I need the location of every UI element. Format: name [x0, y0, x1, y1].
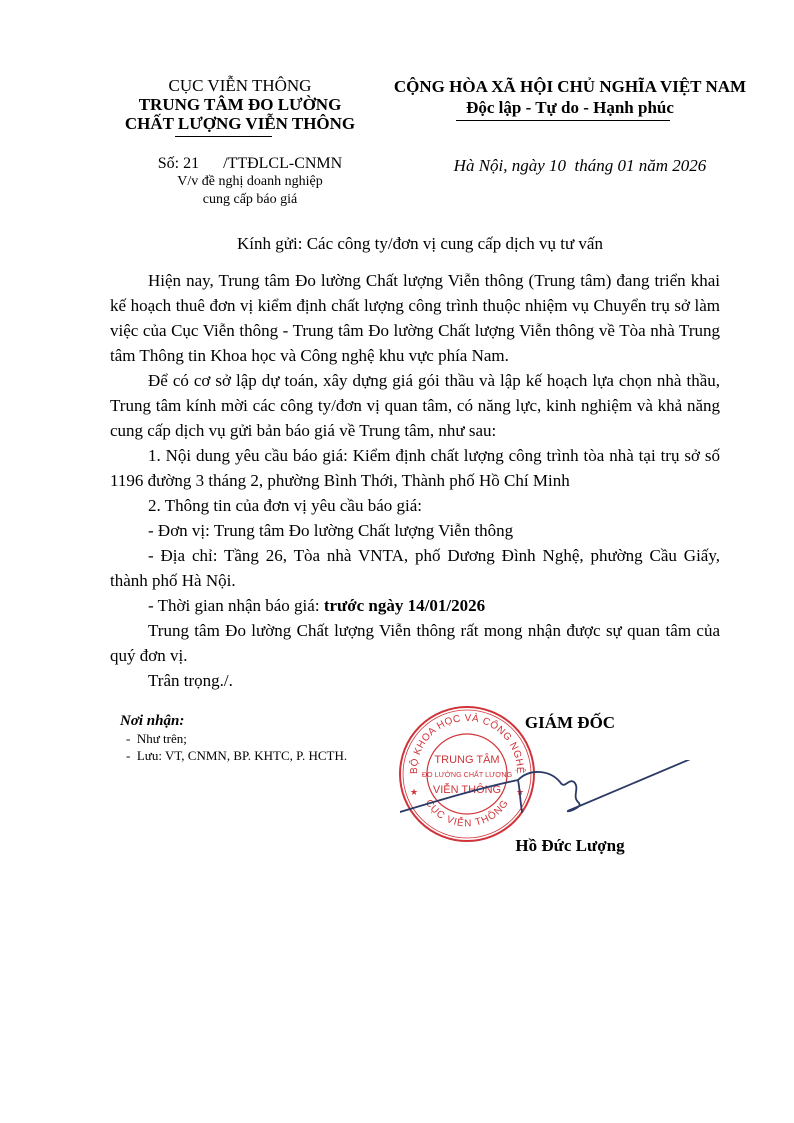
- subject-line1: V/v đề nghị doanh nghiệp: [100, 173, 400, 191]
- paragraph-deadline: - Thời gian nhận báo giá: trước ngày 14/…: [110, 593, 720, 618]
- deadline-value: trước ngày 14/01/2026: [324, 596, 485, 615]
- recipients-title: Nơi nhận:: [120, 713, 420, 730]
- recipient-item: - Lưu: VT, CNMN, BP. KHTC, P. HCTH.: [120, 747, 420, 764]
- document-date: Hà Nội, ngày 10 tháng 01 năm 2026: [420, 156, 740, 176]
- signatory-title: GIÁM ĐỐC: [490, 713, 650, 733]
- agency-name: CỤC VIỄN THÔNG: [100, 76, 380, 95]
- paragraph-regards: Trân trọng./.: [110, 668, 720, 693]
- national-header: CỘNG HÒA XÃ HỘI CHỦ NGHĨA VIỆT NAM Độc l…: [360, 76, 780, 118]
- recipient-item: - Như trên;: [120, 730, 420, 747]
- letter-body: Hiện nay, Trung tâm Đo lường Chất lượng …: [110, 268, 720, 693]
- motto-underline: [456, 120, 670, 121]
- signatory-name: Hồ Đức Lượng: [490, 836, 650, 856]
- issuer-header: CỤC VIỄN THÔNG TRUNG TÂM ĐO LƯỜNG CHẤT L…: [100, 76, 380, 133]
- paragraph-item-1: 1. Nội dung yêu cầu báo giá: Kiểm định c…: [110, 443, 720, 493]
- recipients-block: Nơi nhận: - Như trên; - Lưu: VT, CNMN, B…: [120, 713, 420, 764]
- paragraph-unit: - Đơn vị: Trung tâm Đo lường Chất lượng …: [110, 518, 720, 543]
- subject-line2: cung cấp báo giá: [100, 191, 400, 209]
- org-name-line2: CHẤT LƯỢNG VIỄN THÔNG: [100, 114, 380, 133]
- paragraph-closing: Trung tâm Đo lường Chất lượng Viễn thông…: [110, 618, 720, 668]
- recipient-salutation: Kính gửi: Các công ty/đơn vị cung cấp dị…: [100, 234, 740, 254]
- document-reference: Số: 21 /TTĐLCL-CNMN V/v đề nghị doanh ng…: [100, 155, 400, 209]
- nation-name: CỘNG HÒA XÃ HỘI CHỦ NGHĨA VIỆT NAM: [360, 76, 780, 97]
- paragraph-intro: Hiện nay, Trung tâm Đo lường Chất lượng …: [110, 268, 720, 368]
- handwritten-signature: [400, 760, 720, 840]
- national-motto: Độc lập - Tự do - Hạnh phúc: [360, 97, 780, 118]
- org-name-line1: TRUNG TÂM ĐO LƯỜNG: [100, 95, 380, 114]
- document-number: Số: 21 /TTĐLCL-CNMN: [100, 155, 400, 173]
- deadline-label: - Thời gian nhận báo giá:: [148, 596, 324, 615]
- issuer-underline: [175, 136, 272, 137]
- paragraph-item-2: 2. Thông tin của đơn vị yêu cầu báo giá:: [110, 493, 720, 518]
- paragraph-invitation: Để có cơ sở lập dự toán, xây dựng giá gó…: [110, 368, 720, 443]
- paragraph-address: - Địa chỉ: Tầng 26, Tòa nhà VNTA, phố Dư…: [110, 543, 720, 593]
